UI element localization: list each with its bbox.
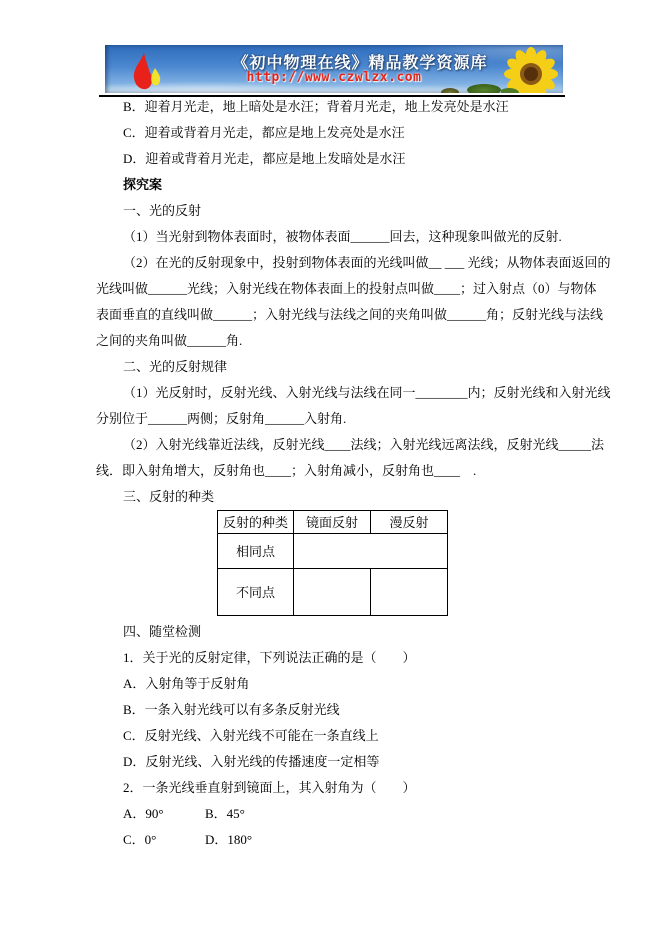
choice-line-a: A．入射角等于反射角 (96, 671, 568, 697)
section-3-heading: 三、反射的种类 (96, 484, 568, 510)
worksheet-body: B．迎着月光走，地上暗处是水汪；背着月光走，地上发亮处是水汪 C．迎着或背着月光… (96, 94, 568, 853)
section-4-heading: 四、随堂检测 (96, 619, 568, 645)
table-header-cell: 镜面反射 (294, 511, 371, 534)
choice-option-a: A．90° (123, 801, 205, 827)
section-1-heading: 一、光的反射 (96, 198, 568, 224)
explore-section-heading: 探究案 (96, 172, 568, 198)
choice-line-b: B．迎着月光走，地上暗处是水汪；背着月光走，地上发亮处是水汪 (96, 94, 568, 120)
table-empty-cell (371, 569, 448, 616)
section-2-heading: 二、光的反射规律 (96, 354, 568, 380)
worksheet-page: 《初中物理在线》精品教学资源库 http://www.czwlzx.com B．… (0, 0, 661, 935)
plant-decoration (441, 88, 459, 93)
table-empty-cell (294, 534, 448, 569)
question-1: 1．关于光的反射定律，下列说法正确的是（ ） (96, 645, 568, 671)
table-header-cell: 漫反射 (371, 511, 448, 534)
table-header-cell: 反射的种类 (218, 511, 294, 534)
table-row: 相同点 (218, 534, 448, 569)
choice-line-c: C．迎着或背着月光走，都应是地上发亮处是水汪 (96, 120, 568, 146)
site-banner: 《初中物理在线》精品教学资源库 http://www.czwlzx.com (105, 45, 563, 93)
table-row-label: 相同点 (218, 534, 294, 569)
question-2: 2．一条光线垂直射到镜面上，其入射角为（ ） (96, 775, 568, 801)
choice-option-b: B．45° (205, 806, 245, 821)
fill-blank-line: 表面垂直的直线叫做______；入射光线与法线之间的夹角叫做______角；反射… (96, 302, 568, 328)
table-row: 不同点 (218, 569, 448, 616)
table-header-row: 反射的种类 镜面反射 漫反射 (218, 511, 448, 534)
fill-blank-line: 线．即入射角增大，反射角也____；入射角减小，反射角也____ . (96, 458, 568, 484)
choice-option-c: C．0° (123, 827, 205, 853)
table-row-label: 不同点 (218, 569, 294, 616)
fill-blank-line: （2）在光的反射现象中，投射到物体表面的光线叫做__ ___ 光线；从物体表面返… (96, 250, 568, 276)
fill-blank-line: （2）入射光线靠近法线，反射光线____法线；入射光线远离法线，反射光线____… (96, 432, 568, 458)
choice-line-d: D．反射光线、入射光线的传播速度一定相等 (96, 749, 568, 775)
choice-line-ab: A．90°B．45° (96, 801, 568, 827)
choice-option-d: D．180° (205, 832, 252, 847)
fill-blank-line: （1）光反射时，反射光线、入射光线与法线在同一________内；反射光线和入射… (96, 380, 568, 406)
choice-line-cd: C．0°D．180° (96, 827, 568, 853)
table-empty-cell (294, 569, 371, 616)
sunflower-icon (501, 47, 561, 93)
choice-line-b: B．一条入射光线可以有多条反射光线 (96, 697, 568, 723)
fill-blank-line: 光线叫做______光线；入射光线在物体表面上的投射点叫做____；过入射点（0… (96, 276, 568, 302)
fill-blank-line: 之间的夹角叫做______角. (96, 328, 568, 354)
choice-line-c: C．反射光线、入射光线不可能在一条直线上 (96, 723, 568, 749)
banner-url: http://www.czwlzx.com (105, 70, 563, 85)
fill-blank-line: （1）当光射到物体表面时，被物体表面______回去，这种现象叫做光的反射. (96, 224, 568, 250)
fill-blank-line: 分别位于______两侧；反射角______入射角. (96, 406, 568, 432)
leaves-decoration (467, 84, 501, 93)
reflection-types-table: 反射的种类 镜面反射 漫反射 相同点 不同点 (217, 510, 448, 616)
choice-line-d: D．迎着或背着月光走，都应是地上发暗处是水汪 (96, 146, 568, 172)
